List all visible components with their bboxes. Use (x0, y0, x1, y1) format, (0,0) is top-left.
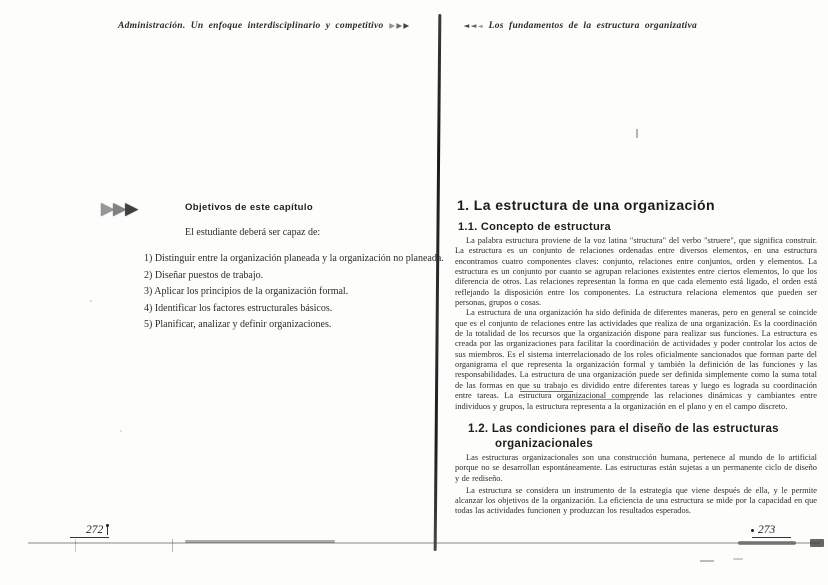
triangle-icon: ▶ (125, 198, 138, 220)
scan-speckle (90, 300, 92, 302)
paragraph: La estructura de una organización ha sid… (455, 308, 817, 411)
objectives-intro: El estudiante deberá ser capaz de: (185, 227, 320, 238)
section-1-1-heading: 1.1. Concepto de estructura (458, 221, 611, 233)
page-number-tick-mark (107, 525, 108, 535)
right-arrow-icon: ▶ (403, 21, 409, 30)
book-spread-scan: Administración. Un enfoque interdiscipli… (0, 0, 828, 585)
left-running-header-text: Administración. Un enfoque interdiscipli… (118, 21, 384, 31)
page-number-text: 273 (758, 524, 775, 536)
left-running-header: Administración. Un enfoque interdiscipli… (95, 21, 410, 31)
scan-smudge (75, 539, 76, 552)
section-1-2-heading-line1: 1.2. Las condiciones para el diseño de l… (468, 422, 779, 437)
scan-smudge (700, 560, 714, 562)
right-running-header: ◄◄◄ Los fundamentos de la estructura org… (463, 21, 697, 31)
scan-smudge (738, 541, 796, 545)
objectives-heading: Objetivos de este capítulo (185, 202, 313, 213)
list-item: 5) Planificar, analizar y definir organi… (144, 318, 444, 331)
left-page-number: 272 (70, 524, 109, 538)
scan-page-bottom-edge (28, 542, 820, 544)
list-item: 2) Diseñar puestos de trabajo. (144, 269, 444, 282)
scan-smudge (185, 540, 335, 543)
section-1-2-heading-line2: organizacionales (495, 437, 779, 452)
section-1-1-body: La palabra estructura proviene de la voz… (455, 236, 817, 412)
paragraph: Las estructuras organizacionales son una… (455, 453, 817, 484)
pen-underline-mark (520, 391, 573, 392)
left-arrow-icon: ◄ (471, 21, 477, 30)
objectives-list: 1) Distinguir entre la organización plan… (144, 252, 444, 335)
scan-speckle (120, 430, 122, 432)
objectives-marker-triangles: ▶▶▶ (101, 198, 137, 220)
section-1-2-body: Las estructuras organizacionales son una… (455, 453, 817, 517)
scan-smudge (172, 539, 173, 552)
right-page-number: 273 (752, 524, 791, 538)
list-item: 1) Distinguir entre la organización plan… (144, 252, 444, 265)
section-1-heading: 1. La estructura de una organización (457, 197, 715, 213)
right-arrow-icon: ▶ (396, 21, 402, 30)
left-arrow-icon: ◄ (464, 21, 470, 30)
paragraph: La estructura se considera un instrument… (455, 486, 817, 517)
page-number-text: 272 (86, 524, 103, 536)
scan-smudge (733, 558, 743, 560)
list-item: 4) Identificar los factores estructurale… (144, 302, 444, 315)
section-1-2-heading: 1.2. Las condiciones para el diseño de l… (468, 422, 779, 451)
right-running-header-text: Los fundamentos de la estructura organiz… (489, 21, 697, 31)
left-arrow-icon: ◄ (478, 22, 483, 30)
page-number-dot-mark (751, 529, 754, 532)
scan-stray-mark (636, 129, 638, 138)
scan-smudge (810, 539, 824, 547)
paragraph: La palabra estructura proviene de la voz… (455, 236, 817, 308)
list-item: 3) Aplicar los principios de la organiza… (144, 285, 444, 298)
right-arrow-icon: ▶ (389, 21, 395, 30)
